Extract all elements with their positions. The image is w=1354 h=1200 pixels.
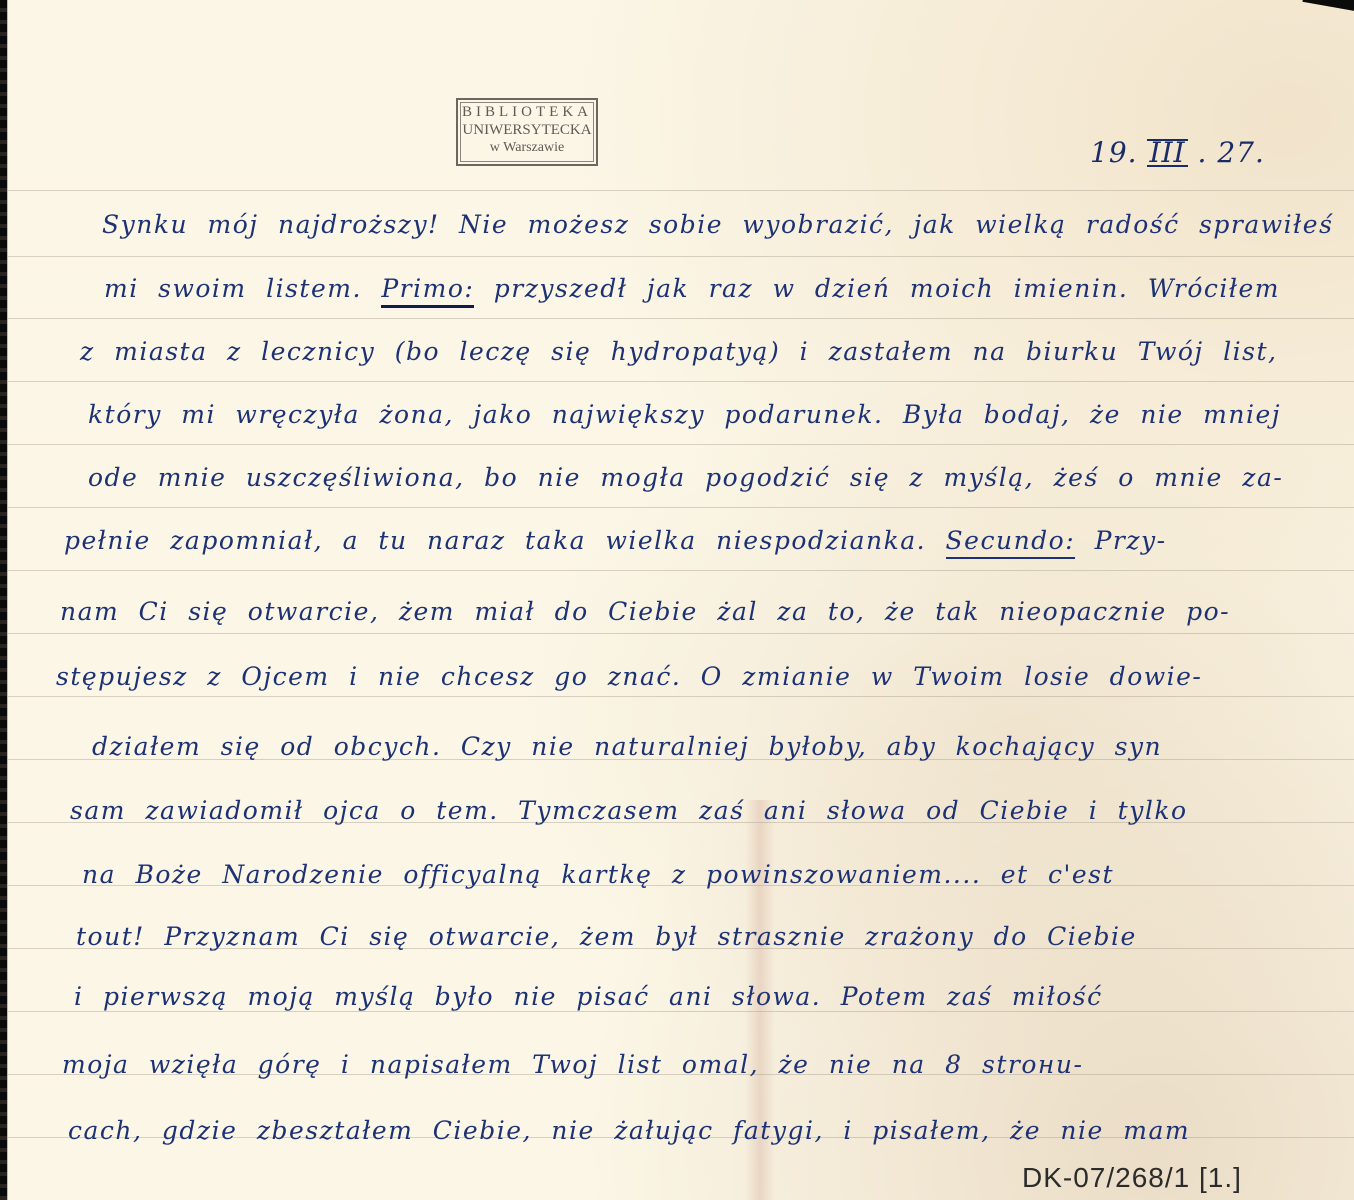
letter-line-1: Synku mój najdroższy! Nie możesz sobie w…	[102, 210, 1333, 239]
primo-heading: Primo:	[381, 274, 474, 308]
date-month: III	[1147, 139, 1187, 167]
letter-line-4: który mi wręczyła żona, jako największy …	[88, 400, 1281, 429]
letter-page: BIBLIOTEKA UNIWERSYTECKA w Warszawie 19.…	[0, 0, 1354, 1200]
letter-line-10: sam zawiadomił ojca o tem. Tymczasem zaś…	[70, 796, 1188, 825]
letter-line-8: stępujesz z Ojcem i nie chcesz go znać. …	[56, 662, 1202, 691]
letter-line-5: ode mnie uszczęśliwiona, bo nie mogła po…	[88, 463, 1283, 492]
perforated-edge	[0, 0, 8, 1200]
stamp-line-3: w Warszawie	[458, 139, 596, 157]
letter-line-9: działem się od obcych. Czy nie naturalni…	[92, 732, 1162, 761]
secundo-heading: Secundo:	[946, 526, 1076, 559]
letter-line-2: mi swoim listem. Primo: przyszedł jak ra…	[104, 274, 1280, 303]
archive-reference: DK-07/268/1 [1.]	[1022, 1162, 1242, 1194]
letter-line-3: z miasta z lecznicy (bo leczę się hydrop…	[80, 337, 1277, 366]
letter-line-2-end: przyszedł jak raz w dzień moich imienin.…	[474, 274, 1280, 303]
letter-line-6-end: Przy-	[1075, 526, 1166, 555]
letter-line-6: pełnie zapomniał, a tu naraz taka wielka…	[64, 526, 1167, 555]
stamp-line-1: BIBLIOTEKA	[458, 103, 596, 121]
letter-line-13: i pierwszą moją myślą było nie pisać ani…	[74, 982, 1103, 1011]
library-stamp: BIBLIOTEKA UNIWERSYTECKA w Warszawie	[456, 98, 598, 166]
letter-line-15: cach, gdzie zbeształem Ciebie, nie żałuj…	[68, 1116, 1190, 1145]
stamp-line-2: UNIWERSYTECKA	[458, 121, 596, 139]
letter-date: 19. III . 27.	[1090, 136, 1265, 169]
date-day: 19.	[1090, 136, 1138, 169]
torn-corner	[1302, 0, 1354, 14]
letter-line-6-start: pełnie zapomniał, a tu naraz taka wielka…	[64, 526, 946, 555]
letter-line-14: moja wzięła górę i napisałem Twoj list o…	[62, 1050, 1083, 1079]
letter-line-2-start: mi swoim listem.	[104, 274, 381, 303]
ruled-line	[8, 318, 1354, 319]
letter-line-7: nam Ci się otwarcie, żem miał do Ciebie …	[60, 597, 1230, 626]
ruled-line	[8, 1011, 1354, 1012]
ruled-line	[8, 633, 1354, 634]
ruled-line	[8, 256, 1354, 257]
ruled-line	[8, 507, 1354, 508]
ruled-line	[8, 570, 1354, 571]
date-year: . 27.	[1198, 136, 1265, 169]
letter-line-11: na Boże Narodzenie officyalną kartkę z p…	[82, 860, 1114, 889]
ruled-line	[8, 444, 1354, 445]
ruled-line	[8, 190, 1354, 191]
letter-line-12: tout! Przyznam Ci się otwarcie, żem był …	[76, 922, 1137, 951]
ruled-line	[8, 381, 1354, 382]
ruled-line	[8, 696, 1354, 697]
